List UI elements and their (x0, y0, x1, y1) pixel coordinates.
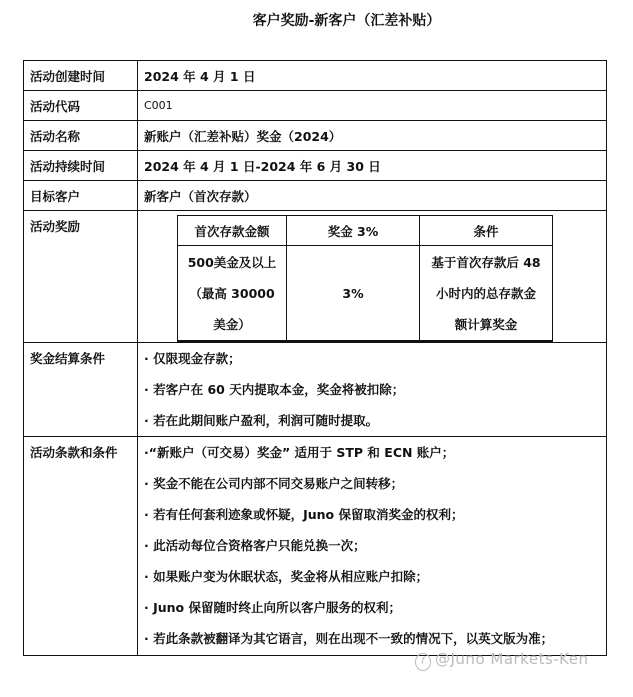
row-value: 新账户（汇差补贴）奖金（2024） (138, 121, 607, 151)
row-label: 活动持续时间 (24, 151, 138, 181)
terms-item: · 奖金不能在公司内部不同交易账户之间转移； (144, 468, 600, 499)
reward-data-row: 500美金及以上 （最高 30000 美金） 3% 基于首次存款后 48 小时内… (178, 246, 553, 342)
reward-bonus: 3% (287, 246, 420, 342)
amount-line: （最高 30000 (182, 278, 282, 309)
reward-condition: 基于首次存款后 48 小时内的总存款金 额计算奖金 (420, 246, 553, 342)
row-label: 活动条款和条件 (24, 437, 138, 656)
terms-item: · 若有任何套利迹象或怀疑，Juno 保留取消奖金的权利； (144, 499, 600, 530)
document-title: 客户奖励-新客户（汇差补贴） (0, 10, 633, 30)
table-row: 目标客户 新客户（首次存款） (24, 181, 607, 211)
condition-line: 额计算奖金 (424, 309, 548, 340)
reward-header-row: 首次存款金额 奖金 3% 条件 (178, 216, 553, 246)
row-value: 新客户（首次存款） (138, 181, 607, 211)
settlement-item: · 仅限现金存款； (144, 343, 600, 374)
brand-logo-icon: f (415, 653, 431, 671)
row-label: 活动奖励 (24, 211, 138, 343)
table-row-reward: 活动奖励 首次存款金额 奖金 3% 条件 500美金及以上 （最高 30000 … (24, 211, 607, 343)
reward-header: 奖金 3% (287, 216, 420, 246)
table-row: 活动持续时间 2024 年 4 月 1 日-2024 年 6 月 30 日 (24, 151, 607, 181)
row-label: 奖金结算条件 (24, 343, 138, 437)
watermark: f@Juno Markets-Ken (415, 650, 589, 671)
promotion-table: 活动创建时间 2024 年 4 月 1 日 活动代码 C001 活动名称 新账户… (23, 60, 607, 656)
row-label: 活动代码 (24, 91, 138, 121)
terms-item: · Juno 保留随时终止向所以客户服务的权利； (144, 592, 600, 623)
row-value: 2024 年 4 月 1 日 (138, 61, 607, 91)
reward-table: 首次存款金额 奖金 3% 条件 500美金及以上 （最高 30000 美金） 3… (177, 215, 553, 342)
terms-item: ·“新账户（可交易）奖金” 适用于 STP 和 ECN 账户； (144, 437, 600, 468)
row-label: 活动创建时间 (24, 61, 138, 91)
row-label: 活动名称 (24, 121, 138, 151)
reward-header: 条件 (420, 216, 553, 246)
amount-line: 美金） (182, 309, 282, 340)
condition-line: 基于首次存款后 48 (424, 247, 548, 278)
table-row: 活动代码 C001 (24, 91, 607, 121)
terms-item: · 此活动每位合资格客户只能兑换一次； (144, 530, 600, 561)
watermark-text: @Juno Markets-Ken (435, 650, 589, 668)
amount-line: 500美金及以上 (182, 247, 282, 278)
row-value: 2024 年 4 月 1 日-2024 年 6 月 30 日 (138, 151, 607, 181)
table-row-terms: 活动条款和条件 ·“新账户（可交易）奖金” 适用于 STP 和 ECN 账户； … (24, 437, 607, 656)
terms-cell: ·“新账户（可交易）奖金” 适用于 STP 和 ECN 账户； · 奖金不能在公… (138, 437, 607, 656)
settlement-cell: · 仅限现金存款； · 若客户在 60 天内提取本金，奖金将被扣除； · 若在此… (138, 343, 607, 437)
table-row: 活动创建时间 2024 年 4 月 1 日 (24, 61, 607, 91)
row-value: C001 (138, 91, 607, 121)
row-label: 目标客户 (24, 181, 138, 211)
condition-line: 小时内的总存款金 (424, 278, 548, 309)
reward-amount: 500美金及以上 （最高 30000 美金） (178, 246, 287, 342)
reward-cell: 首次存款金额 奖金 3% 条件 500美金及以上 （最高 30000 美金） 3… (138, 211, 607, 343)
reward-header: 首次存款金额 (178, 216, 287, 246)
terms-item: · 如果账户变为休眠状态，奖金将从相应账户扣除； (144, 561, 600, 592)
table-row: 活动名称 新账户（汇差补贴）奖金（2024） (24, 121, 607, 151)
settlement-item: · 若在此期间账户盈利，利润可随时提取。 (144, 405, 600, 436)
settlement-item: · 若客户在 60 天内提取本金，奖金将被扣除； (144, 374, 600, 405)
table-row-settlement: 奖金结算条件 · 仅限现金存款； · 若客户在 60 天内提取本金，奖金将被扣除… (24, 343, 607, 437)
